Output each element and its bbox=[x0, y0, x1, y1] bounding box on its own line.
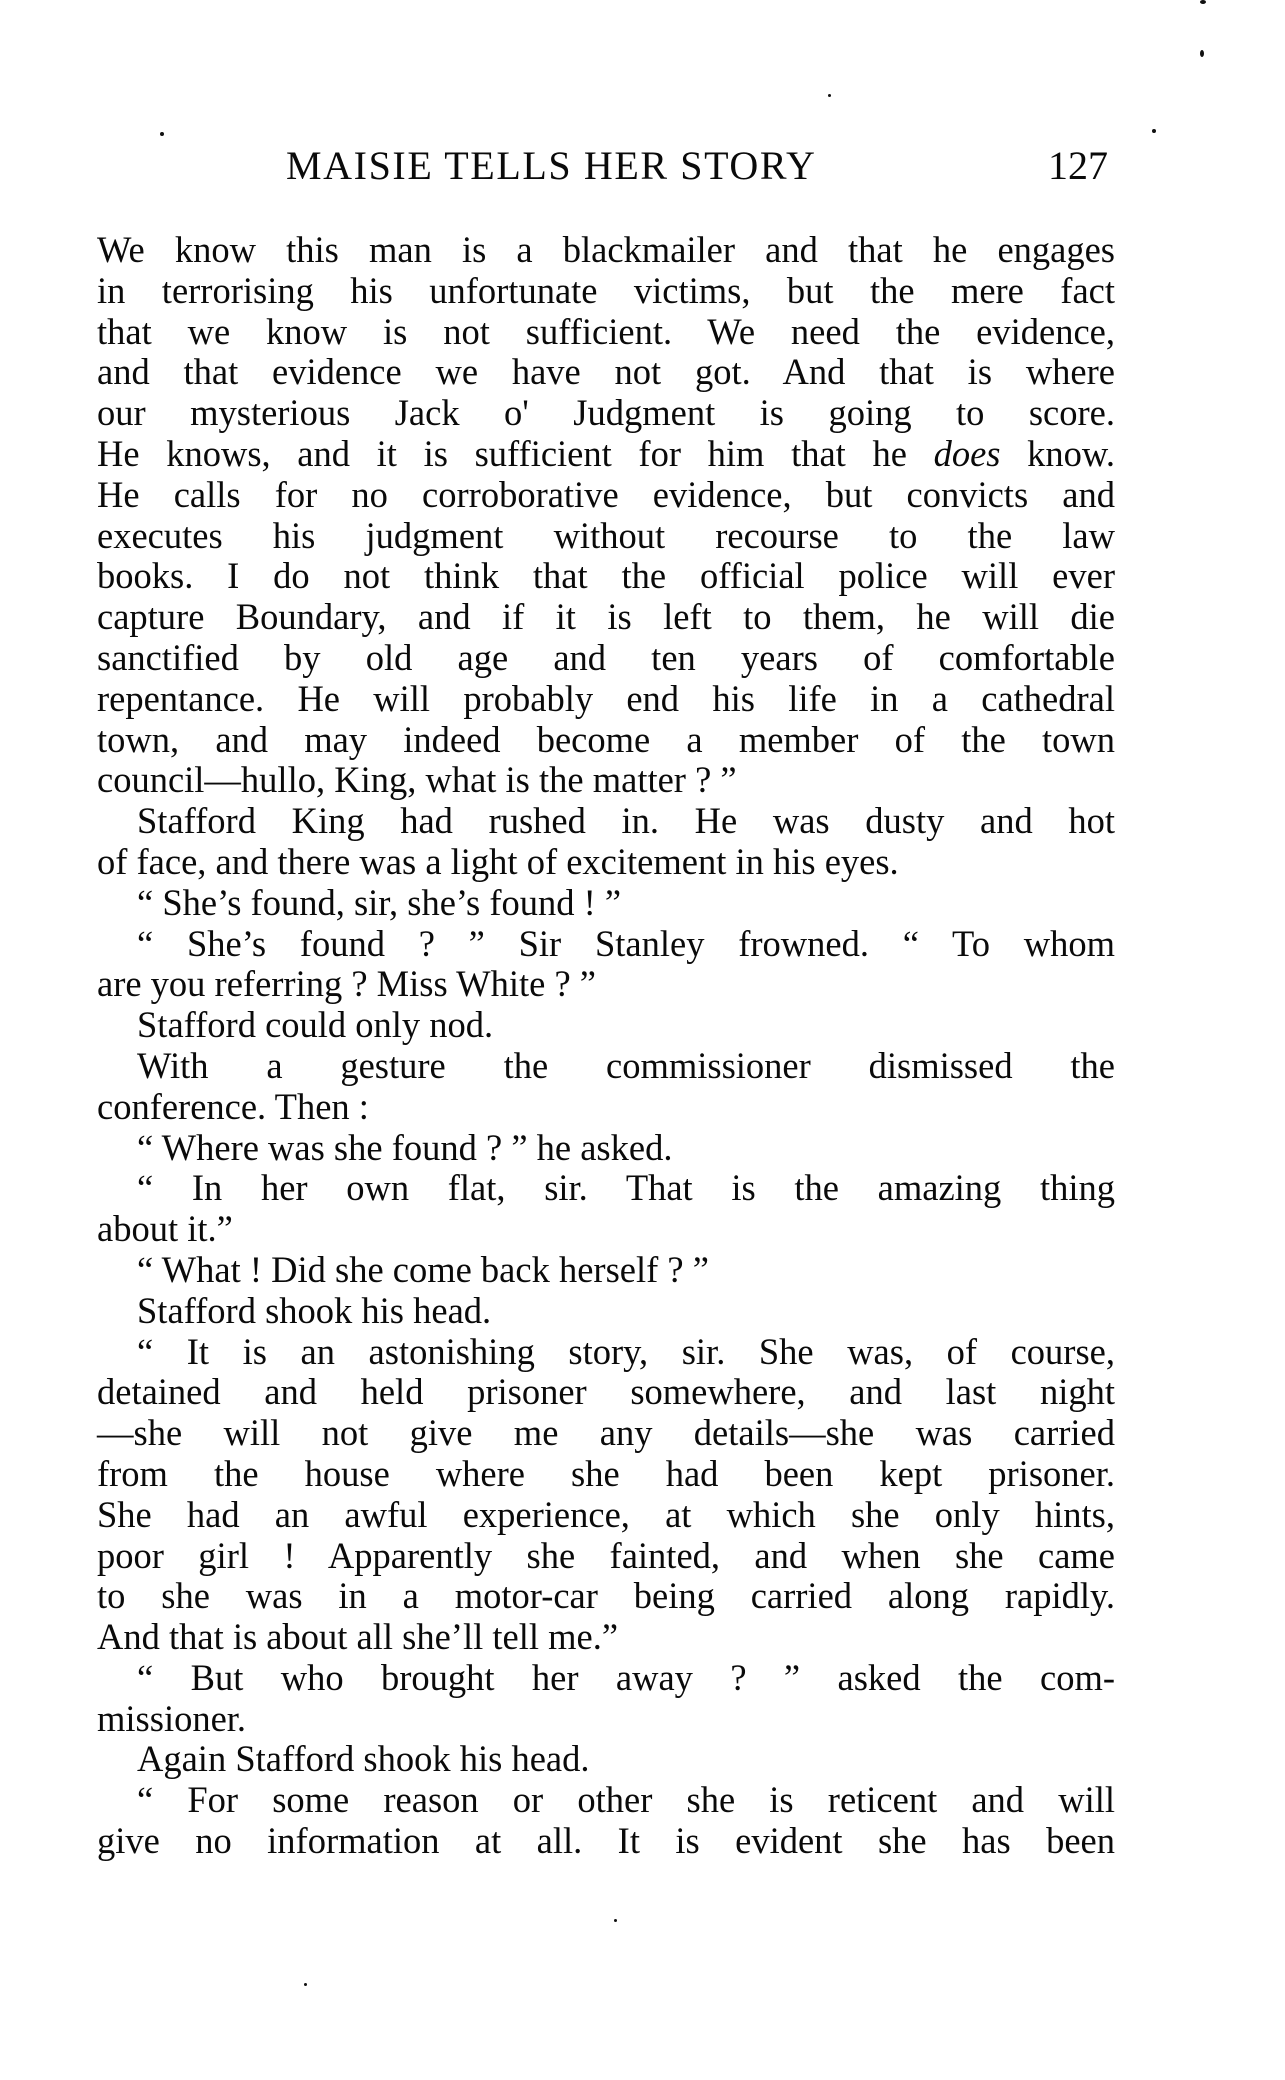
text-line: sanctified by old age and ten years of c… bbox=[97, 638, 1115, 679]
text-line: He calls for no corroborative evidence, … bbox=[97, 475, 1115, 516]
text-line: conference. Then : bbox=[97, 1087, 1115, 1128]
text-line: detained and held prisoner somewhere, an… bbox=[97, 1372, 1115, 1413]
text-line: missioner. bbox=[97, 1699, 1115, 1740]
text-line: poor girl ! Apparently she fainted, and … bbox=[97, 1536, 1115, 1577]
text-line: from the house where she had been kept p… bbox=[97, 1454, 1115, 1495]
text-line: And that is about all she’ll tell me.” bbox=[97, 1617, 1115, 1658]
text-line: “ For some reason or other she is retice… bbox=[97, 1780, 1115, 1821]
text-line: “ Where was she found ? ” he asked. bbox=[97, 1128, 1115, 1169]
text-line: executes his judgment without recourse t… bbox=[97, 516, 1115, 557]
text-line: Stafford could only nod. bbox=[97, 1005, 1115, 1046]
text-line: in terrorising his unfortunate victims, … bbox=[97, 271, 1115, 312]
text-line: about it.” bbox=[97, 1209, 1115, 1250]
scan-speck bbox=[614, 1919, 617, 1922]
scan-speck bbox=[828, 94, 831, 97]
text-line: capture Boundary, and if it is left to t… bbox=[97, 597, 1115, 638]
text-line: Stafford King had rushed in. He was dust… bbox=[97, 801, 1115, 842]
text-line: “ It is an astonishing story, sir. She w… bbox=[97, 1332, 1115, 1373]
text-line: She had an awful experience, at which sh… bbox=[97, 1495, 1115, 1536]
scan-speck bbox=[304, 1983, 307, 1986]
text-segment: He knows, and it is sufficient for him t… bbox=[97, 433, 934, 474]
text-line: “ She’s found ? ” Sir Stanley frowned. “… bbox=[97, 924, 1115, 965]
scan-speck bbox=[160, 132, 164, 136]
text-line: With a gesture the commissioner dismisse… bbox=[97, 1046, 1115, 1087]
text-line: council—hullo, King, what is the matter … bbox=[97, 760, 1115, 801]
text-line: are you referring ? Miss White ? ” bbox=[97, 964, 1115, 1005]
text-line: and that evidence we have not got. And t… bbox=[97, 352, 1115, 393]
page-number: 127 bbox=[1048, 142, 1108, 190]
scan-speck bbox=[1152, 129, 1156, 133]
running-head: MAISIE TELLS HER STORY bbox=[286, 142, 816, 190]
text-line: “ She’s found, sir, she’s found ! ” bbox=[97, 883, 1115, 924]
body-text: We know this man is a blackmailer and th… bbox=[97, 230, 1115, 1862]
text-line: He knows, and it is sufficient for him t… bbox=[97, 434, 1115, 475]
text-line: of face, and there was a light of excite… bbox=[97, 842, 1115, 883]
scan-speck bbox=[1200, 0, 1206, 4]
text-line: repentance. He will probably end his lif… bbox=[97, 679, 1115, 720]
text-line: books. I do not think that the official … bbox=[97, 556, 1115, 597]
text-segment: know. bbox=[1000, 433, 1115, 474]
text-line: Again Stafford shook his head. bbox=[97, 1739, 1115, 1780]
italic-emphasis: does bbox=[934, 433, 1001, 474]
text-line: “ What ! Did she come back herself ? ” bbox=[97, 1250, 1115, 1291]
text-line: “ But who brought her away ? ” asked the… bbox=[97, 1658, 1115, 1699]
text-line: town, and may indeed become a member of … bbox=[97, 720, 1115, 761]
text-line: We know this man is a blackmailer and th… bbox=[97, 230, 1115, 271]
text-line: our mysterious Jack o' Judgment is going… bbox=[97, 393, 1115, 434]
text-line: “ In her own flat, sir. That is the amaz… bbox=[97, 1168, 1115, 1209]
text-line: give no information at all. It is eviden… bbox=[97, 1821, 1115, 1862]
text-line: Stafford shook his head. bbox=[97, 1291, 1115, 1332]
text-line: to she was in a motor-car being carried … bbox=[97, 1576, 1115, 1617]
scan-speck bbox=[1200, 50, 1204, 57]
book-page: MAISIE TELLS HER STORY 127 We know this … bbox=[0, 0, 1285, 2080]
text-line: —she will not give me any details—she wa… bbox=[97, 1413, 1115, 1454]
text-line: that we know is not sufficient. We need … bbox=[97, 312, 1115, 353]
